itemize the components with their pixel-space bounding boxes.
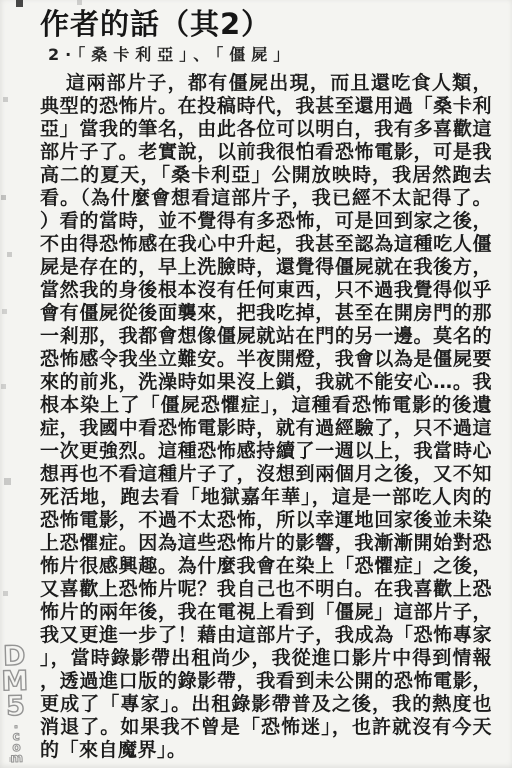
watermark-letter: 5: [6, 695, 25, 720]
dm5-watermark: DM5.com: [0, 645, 30, 764]
text-line: 典型的恐怖片。在投稿時代，我甚至還用過「桑卡利: [40, 95, 492, 118]
text-line: 屍是存在的，早上洗臉時，還覺得僵屍就在我後方，: [40, 256, 492, 279]
watermark-letter: o: [12, 742, 21, 753]
text-line: ）看的當時，並不覺得有多恐怖，可是回到家之後，: [40, 210, 492, 233]
watermark-letter: c: [13, 731, 20, 742]
scanned-manga-afterword-page: 作者的話（其2） 2·「桑卡利亞」、「僵屍」 這兩部片子，都有僵屍出現，而且還吃…: [0, 0, 512, 768]
text-line: 一次更強烈。這種恐怖感持續了一週以上，我當時心: [40, 440, 492, 463]
text-line: ，透過進口版的錄影帶，我看到未公開的恐怖電影，: [40, 670, 492, 693]
section-subtitle: 2·「桑卡利亞」、「僵屍」: [48, 42, 492, 65]
text-line: 又喜歡上恐怖片呢？我自己也不明白。在我喜歡上恐: [40, 578, 492, 601]
text-line: 的「來自魔界」。: [40, 739, 492, 762]
text-line: 症，我國中看恐怖電影時，就有過經驗了，只不過這: [40, 417, 492, 440]
text-line: 當然我的身後根本沒有任何東西，只不過我覺得似乎: [40, 279, 492, 302]
text-line: 上恐懼症。因為這些恐怖片的影響，我漸漸開始對恐: [40, 532, 492, 555]
text-line: 不由得恐怖感在我心中升起，我甚至認為這種吃人僵: [40, 233, 492, 256]
text-line: 一剎那，我都會想像僵屍就站在門的另一邊。莫名的: [40, 325, 492, 348]
text-line: 死活地，跑去看「地獄嘉年華」，這是一部吃人肉的: [40, 486, 492, 509]
watermark-letter: m: [10, 753, 23, 764]
text-line: 」，當時錄影帶出租尚少，我從進口影片中得到情報: [40, 647, 492, 670]
text-line: 部片子了。老實說，以前我很怕看恐怖電影，可是我: [40, 141, 492, 164]
text-line: 想再也不看這種片子了，沒想到兩個月之後，又不知: [40, 463, 492, 486]
scan-artifacts: [0, 0, 3, 3]
text-line: 怖片的兩年後，我在電視上看到「僵屍」這部片子，: [40, 601, 492, 624]
body-text: 這兩部片子，都有僵屍出現，而且還吃食人類，是典型的恐怖片。在投稿時代，我甚至還用…: [40, 72, 492, 762]
text-line: 恐怖電影，不過不太恐怖，所以幸運地回家後並未染: [40, 509, 492, 532]
text-line: 怖片很感興趣。為什麼我會在染上「恐懼症」之後，: [40, 555, 492, 578]
text-line: 根本染上了「僵屍恐懼症」，這種看恐怖電影的後遺: [40, 394, 492, 417]
text-line: 來的前兆，洗澡時如果沒上鎖，我就不能安心…。我: [40, 371, 492, 394]
text-line: 看。（為什麼會想看這部片子，我已經不太記得了。: [40, 187, 492, 210]
text-line: 更成了「專家」。出租錄影帶普及之後，我的熱度也: [40, 693, 492, 716]
page-title: 作者的話（其2）: [40, 8, 492, 40]
text-line: 恐怖感令我坐立難安。半夜開燈，我會以為是僵屍要: [40, 348, 492, 371]
watermark-letter: M: [1, 670, 29, 696]
text-line: 消退了。如果我不曾是「恐怖迷」，也許就沒有今天: [40, 716, 492, 739]
watermark-letter: .: [14, 720, 19, 731]
text-line: 我又更進一步了！藉由這部片子，我成為「恐怖專家: [40, 624, 492, 647]
text-line: 亞」當我的筆名，由此各位可以明白，我有多喜歡這: [40, 118, 492, 141]
text-line: 這兩部片子，都有僵屍出現，而且還吃食人類，是: [40, 72, 492, 95]
text-line: 會有僵屍從後面襲來，把我吃掉，甚至在開房門的那: [40, 302, 492, 325]
text-line: 高二的夏天，「桑卡利亞」公開放映時，我居然跑去: [40, 164, 492, 187]
watermark-letter: D: [3, 645, 26, 670]
